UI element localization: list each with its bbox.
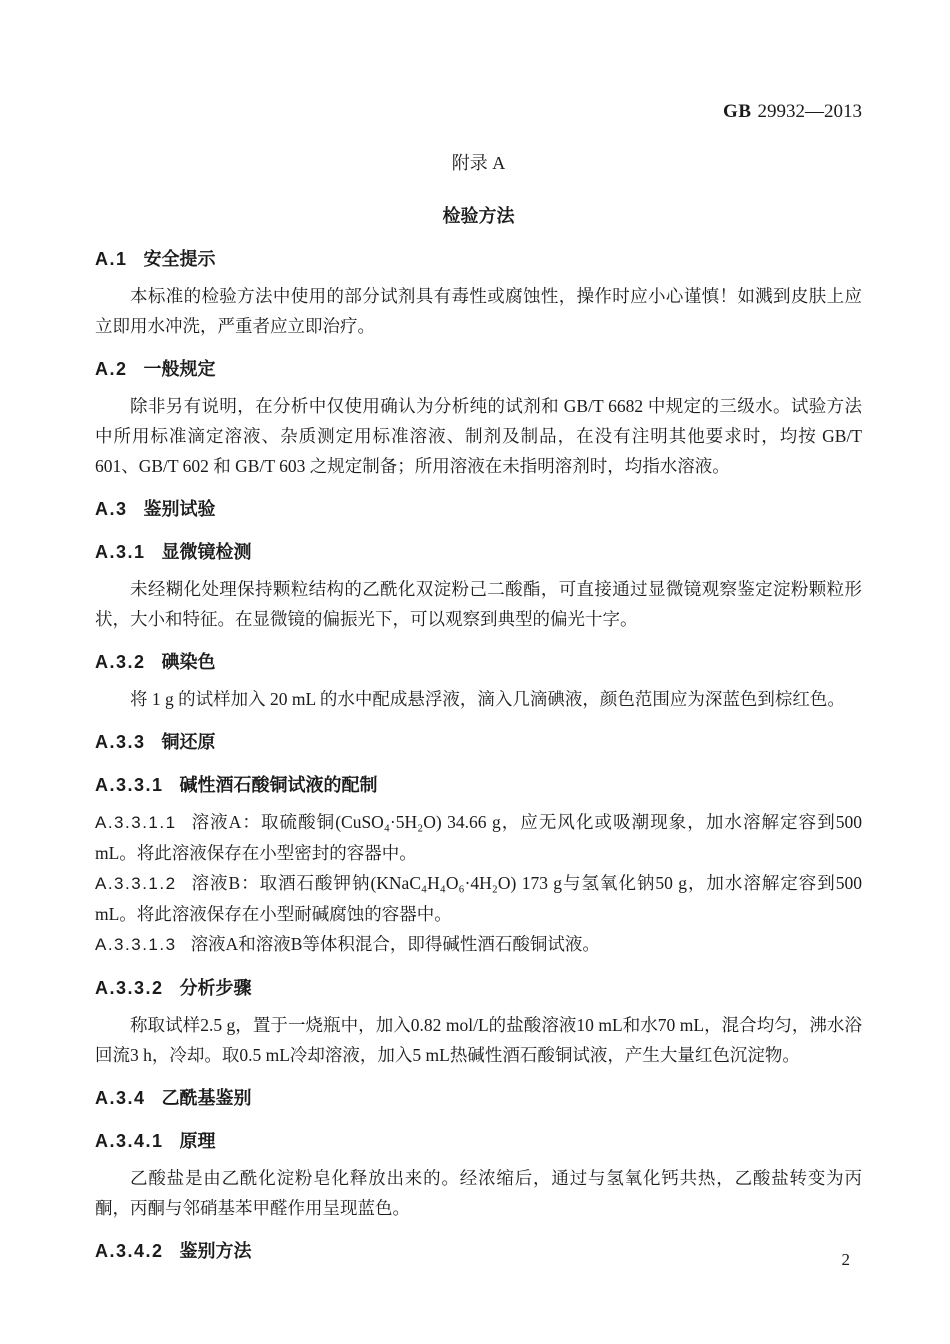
section-heading-a-3-3: A.3.3铜还原 — [95, 727, 862, 757]
body-text: 溶液B：取酒石酸钾钠(KNaC₄H₄O₆·4H₂O) 173 g与氢氧化钠50 … — [95, 873, 862, 924]
section-heading-a-1: A.1安全提示 — [95, 244, 862, 274]
section-number: A.3.3.2 — [95, 978, 164, 998]
body-text: 除非另有说明，在分析中仅使用确认为分析纯的试剂和 GB/T 6682 中规定的三… — [95, 396, 862, 476]
body-text: 本标准的检验方法中使用的部分试剂具有毒性或腐蚀性，操作时应小心谨慎！如溅到皮肤上… — [95, 286, 862, 336]
section-title: 铜还原 — [162, 732, 216, 752]
section-heading-a-3-2: A.3.2碘染色 — [95, 647, 862, 677]
body-text: 将 1 g 的试样加入 20 mL 的水中配成悬浮液，滴入几滴碘液，颜色范围应为… — [130, 689, 845, 709]
section-title: 分析步骤 — [180, 978, 252, 998]
paragraph: 除非另有说明，在分析中仅使用确认为分析纯的试剂和 GB/T 6682 中规定的三… — [95, 391, 862, 481]
standard-number: GB29932—2013 — [95, 100, 862, 124]
section-number: A.3.1 — [95, 542, 146, 562]
standard-number-prefix: GB — [723, 101, 751, 122]
section-heading-a-3-1: A.3.1显微镜检测 — [95, 537, 862, 567]
section-title: 一般规定 — [144, 359, 216, 379]
section-number: A.3.3.1.2 — [95, 874, 177, 893]
section-heading-a-3-3-2: A.3.3.2分析步骤 — [95, 973, 862, 1003]
body-text: 称取试样2.5 g，置于一烧瓶中，加入0.82 mol/L的盐酸溶液10 mL和… — [95, 1015, 862, 1065]
paragraph: 乙酸盐是由乙酰化淀粉皂化释放出来的。经浓缩后，通过与氢氧化钙共热，乙酸盐转变为丙… — [95, 1163, 862, 1223]
document-body: A.1安全提示本标准的检验方法中使用的部分试剂具有毒性或腐蚀性，操作时应小心谨慎… — [95, 244, 862, 1266]
body-text: 未经糊化处理保持颗粒结构的乙酰化双淀粉己二酸酯，可直接通过显微镜观察鉴定淀粉颗粒… — [95, 579, 862, 629]
clause-a-3-3-1-1: A.3.3.1.1溶液A：取硫酸铜(CuSO₄·5H₂O) 34.66 g，应无… — [95, 807, 862, 868]
section-heading-a-3-4-2: A.3.4.2鉴别方法 — [95, 1236, 862, 1266]
clause-a-3-3-1-2: A.3.3.1.2溶液B：取酒石酸钾钠(KNaC₄H₄O₆·4H₂O) 173 … — [95, 868, 862, 929]
paragraph: 将 1 g 的试样加入 20 mL 的水中配成悬浮液，滴入几滴碘液，颜色范围应为… — [95, 684, 862, 714]
paragraph: 未经糊化处理保持颗粒结构的乙酰化双淀粉己二酸酯，可直接通过显微镜观察鉴定淀粉颗粒… — [95, 574, 862, 634]
section-heading-a-3-3-1: A.3.3.1碱性酒石酸铜试液的配制 — [95, 770, 862, 800]
clause-a-3-3-1-3: A.3.3.1.3溶液A和溶液B等体积混合，即得碱性酒石酸铜试液。 — [95, 929, 862, 960]
section-title: 显微镜检测 — [162, 542, 252, 562]
section-number: A.1 — [95, 249, 128, 269]
section-heading-a-3-4: A.3.4乙酰基鉴别 — [95, 1083, 862, 1113]
section-title: 鉴别试验 — [144, 499, 216, 519]
section-title: 原理 — [180, 1131, 216, 1151]
section-number: A.3.3.1 — [95, 775, 164, 795]
section-number: A.3.3 — [95, 732, 146, 752]
section-heading-a-3-4-1: A.3.4.1原理 — [95, 1126, 862, 1156]
document-page: GB29932—2013 附录 A 检验方法 A.1安全提示本标准的检验方法中使… — [0, 0, 950, 1344]
section-number: A.3 — [95, 499, 128, 519]
section-number: A.3.4.1 — [95, 1131, 164, 1151]
section-title: 乙酰基鉴别 — [162, 1088, 252, 1108]
section-number: A.3.4.2 — [95, 1241, 164, 1261]
section-number: A.3.2 — [95, 652, 146, 672]
section-number: A.3.4 — [95, 1088, 146, 1108]
section-number: A.3.3.1.1 — [95, 813, 177, 832]
section-number: A.2 — [95, 359, 128, 379]
section-title: 鉴别方法 — [180, 1241, 252, 1261]
section-title: 碘染色 — [162, 652, 216, 672]
document-title: 检验方法 — [95, 201, 862, 231]
section-number: A.3.3.1.3 — [95, 935, 177, 954]
section-heading-a-2: A.2一般规定 — [95, 354, 862, 384]
standard-number-code: 29932—2013 — [758, 101, 863, 122]
page-number: 2 — [842, 1248, 851, 1272]
appendix-title: 附录 A — [95, 148, 862, 178]
body-text: 乙酸盐是由乙酰化淀粉皂化释放出来的。经浓缩后，通过与氢氧化钙共热，乙酸盐转变为丙… — [95, 1168, 862, 1218]
paragraph: 称取试样2.5 g，置于一烧瓶中，加入0.82 mol/L的盐酸溶液10 mL和… — [95, 1010, 862, 1070]
body-text: 溶液A：取硫酸铜(CuSO₄·5H₂O) 34.66 g，应无风化或吸潮现象，加… — [95, 812, 862, 863]
body-text: 溶液A和溶液B等体积混合，即得碱性酒石酸铜试液。 — [191, 934, 600, 954]
paragraph: 本标准的检验方法中使用的部分试剂具有毒性或腐蚀性，操作时应小心谨慎！如溅到皮肤上… — [95, 281, 862, 341]
section-title: 安全提示 — [144, 249, 216, 269]
section-heading-a-3: A.3鉴别试验 — [95, 494, 862, 524]
section-title: 碱性酒石酸铜试液的配制 — [180, 775, 378, 795]
